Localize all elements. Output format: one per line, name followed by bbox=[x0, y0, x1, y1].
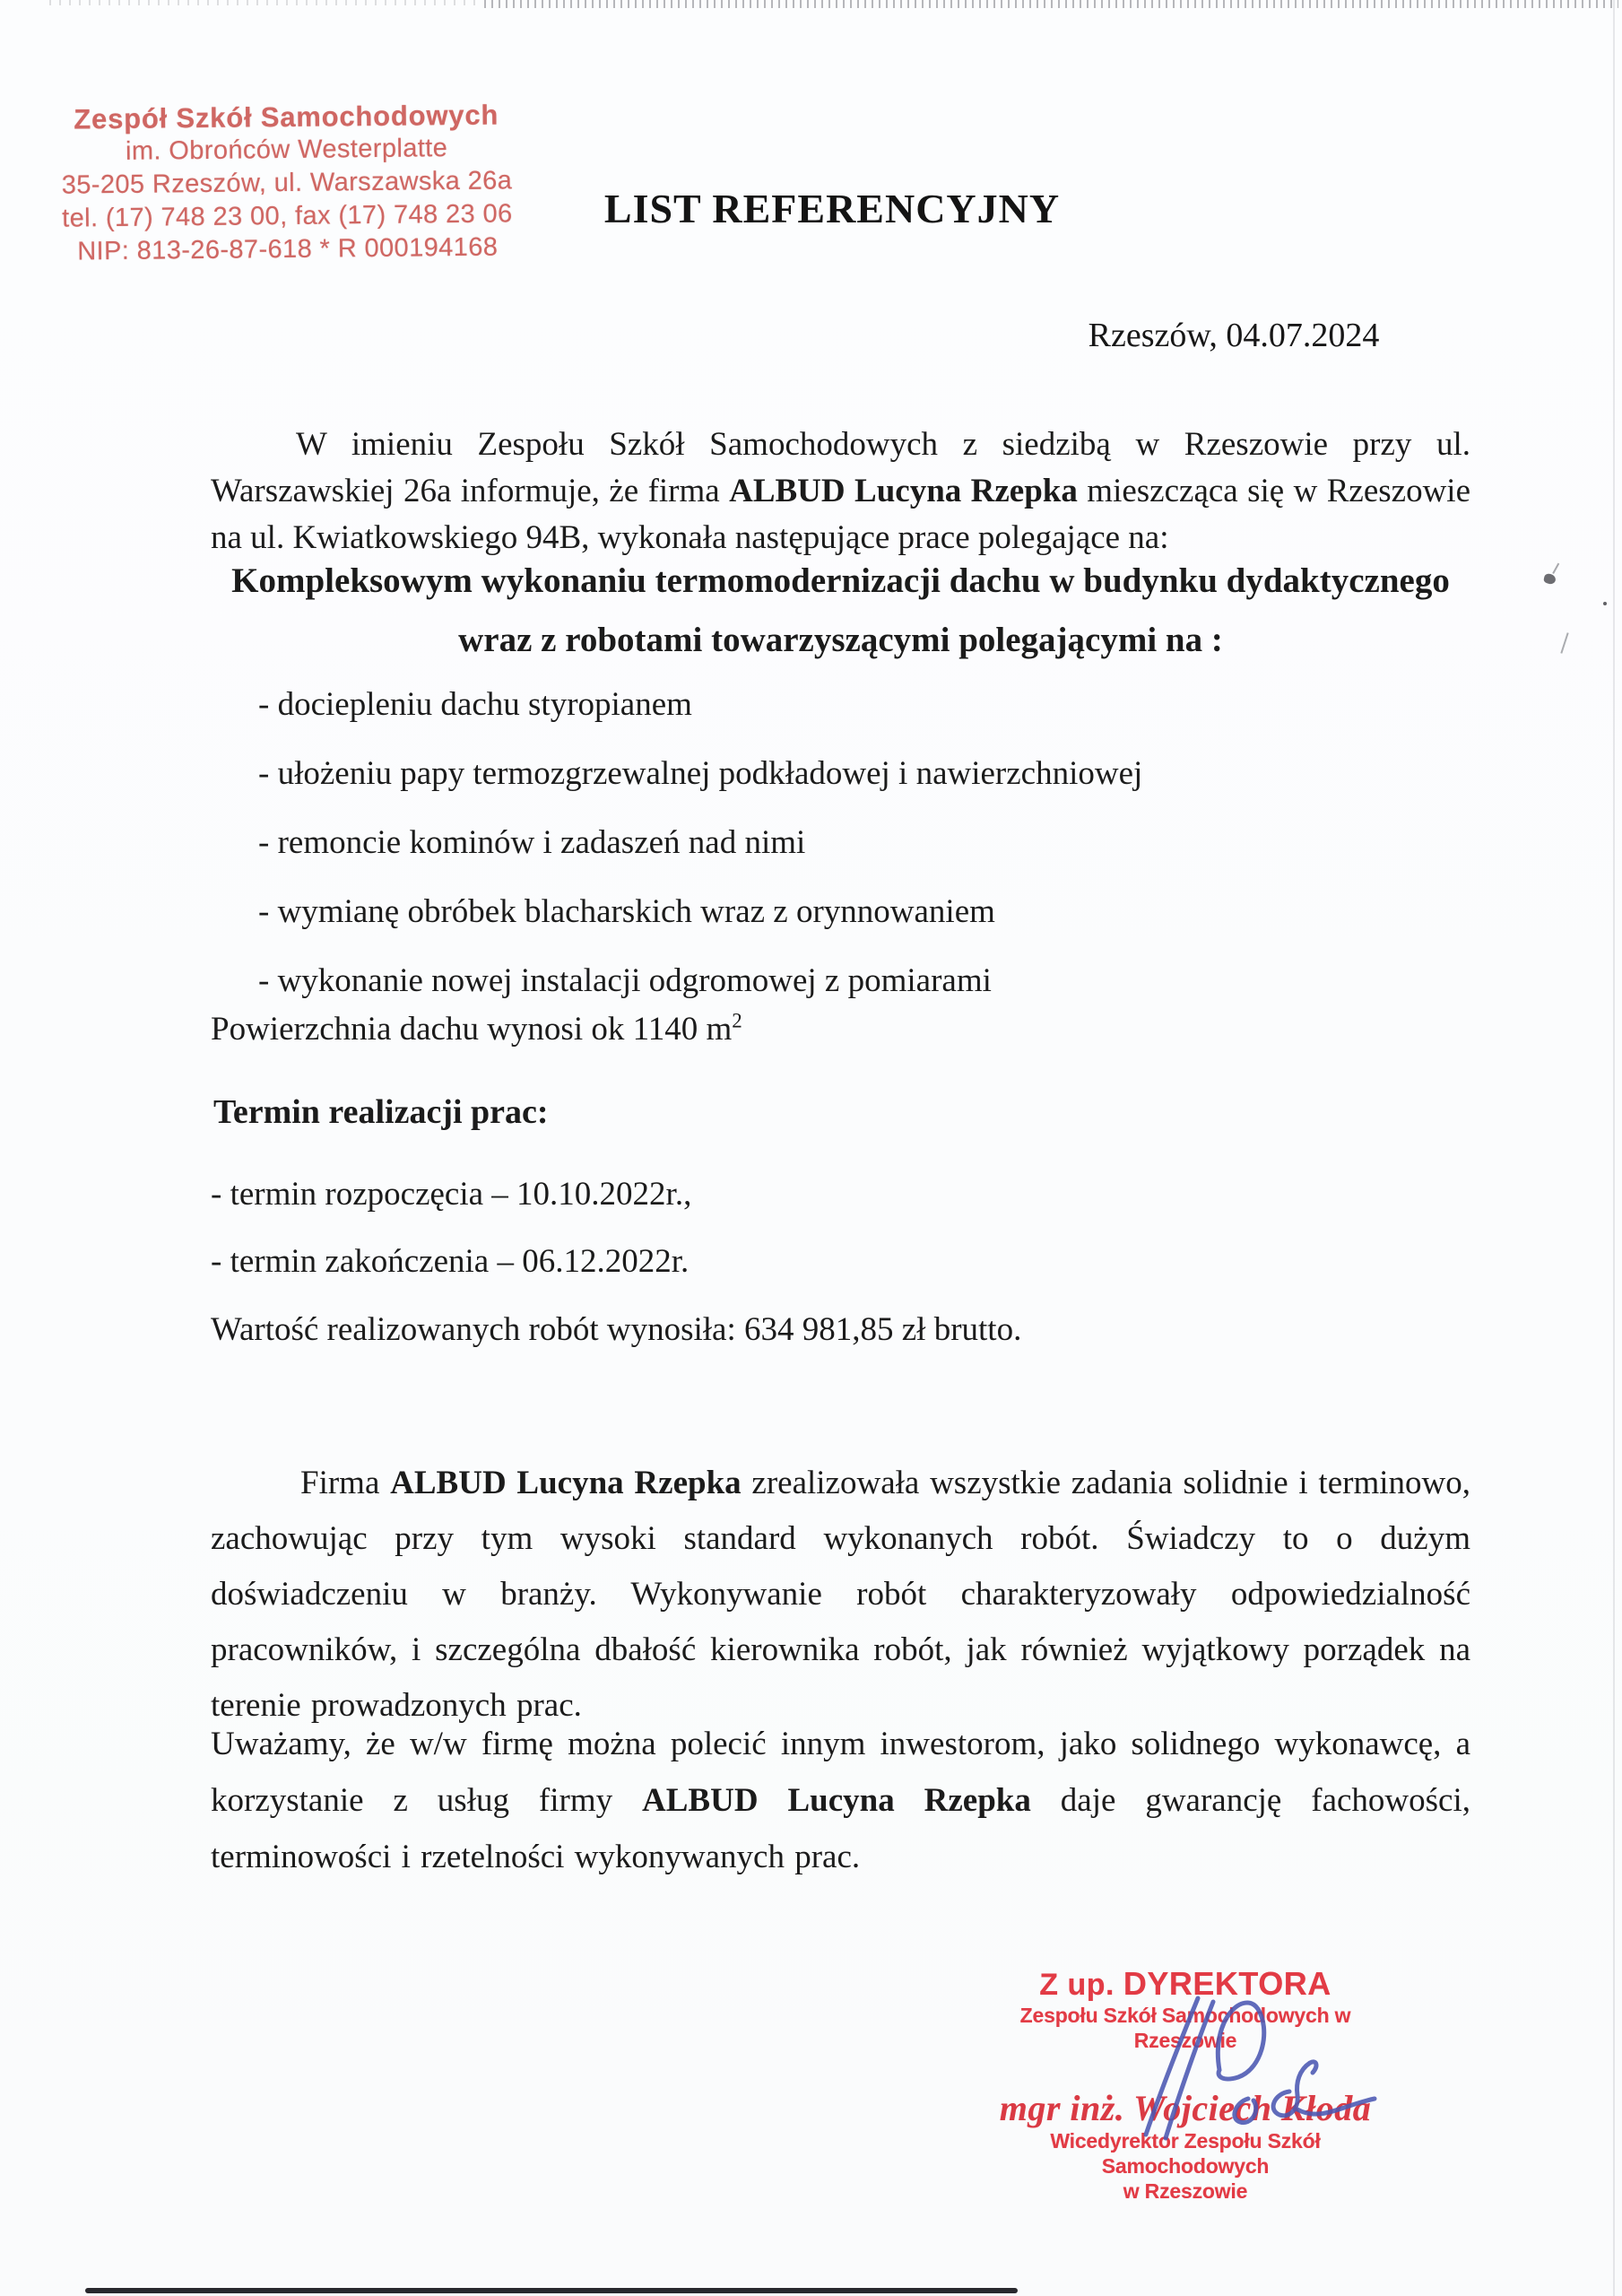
pen-slash-speck bbox=[1560, 632, 1568, 653]
work-item: - wymianę obróbek blacharskich wraz z or… bbox=[211, 891, 1470, 934]
company-name: ALBUD Lucyna Rzepka bbox=[390, 1465, 742, 1501]
document-title: LIST REFERENCYJNY bbox=[594, 185, 1070, 232]
opinion-text-2: zrealizowała wszystkie zadania solidnie … bbox=[211, 1465, 1470, 1724]
scan-artifact-top bbox=[484, 0, 1618, 8]
letterhead-nip-regon: NIP: 813-26-87-618 * R 000194168 bbox=[58, 230, 517, 268]
ink-blot-speck bbox=[1543, 573, 1557, 586]
roof-area-line: Powierzchnia dachu wynosi ok 1140 m2 bbox=[211, 1008, 1470, 1051]
work-item: - dociepleniu dachu styropianem bbox=[211, 683, 1470, 726]
letterhead-address: 35-205 Rzeszów, ul. Warszawska 26a bbox=[57, 164, 516, 202]
scan-artifact-top-left bbox=[49, 0, 480, 5]
work-scope-heading: Kompleksowym wykonaniu termomodernizacji… bbox=[211, 552, 1470, 670]
intro-paragraph: W imieniu Zespołu Szkół Samochodowych z … bbox=[211, 422, 1470, 561]
work-item: - remoncie kominów i zadaszeń nad nimi bbox=[211, 822, 1470, 865]
contract-value-line: Wartość realizowanych robót wynosiła: 63… bbox=[211, 1308, 1470, 1352]
scan-artifact-bottom bbox=[85, 2288, 1018, 2293]
opinion-text-1: Firma bbox=[300, 1465, 390, 1501]
authorization-prefix: Z up. bbox=[1039, 1968, 1123, 2002]
company-name: ALBUD Lucyna Rzepka bbox=[642, 1782, 1031, 1819]
work-item: - wykonanie nowej instalacji odgromowej … bbox=[211, 960, 1470, 1003]
work-items-list: - dociepleniu dachu styropianem - ułożen… bbox=[211, 683, 1470, 1029]
signer-role-line-2: w Rzeszowie bbox=[993, 2179, 1378, 2204]
scope-heading-line-2: wraz z robotami towarzyszącymi polegając… bbox=[211, 611, 1470, 670]
roof-area-text: Powierzchnia dachu wynosi ok 1140 m bbox=[211, 1011, 732, 1048]
company-name: ALBUD Lucyna Rzepka bbox=[729, 473, 1078, 509]
letterhead-phone-fax: tel. (17) 748 23 00, fax (17) 748 23 06 bbox=[57, 197, 516, 235]
letterhead-stamp: Zespół Szkół Samochodowych im. Obrońców … bbox=[56, 98, 517, 268]
reference-letter-page: Zespół Szkół Samochodowych im. Obrońców … bbox=[0, 0, 1622, 2296]
schedule-heading: Termin realizacji prac: bbox=[211, 1091, 1473, 1134]
schedule-dates: - termin rozpoczęcia – 10.10.2022r., - t… bbox=[211, 1161, 1470, 1295]
signature-scribble bbox=[1112, 1984, 1381, 2141]
scope-heading-line-1: Kompleksowym wykonaniu termomodernizacji… bbox=[211, 552, 1470, 611]
opinion-paragraph: Firma ALBUD Lucyna Rzepka zrealizowała w… bbox=[211, 1456, 1470, 1734]
work-item: - ułożeniu papy termozgrzewalnej podkład… bbox=[211, 752, 1470, 796]
end-date-line: - termin zakończenia – 06.12.2022r. bbox=[211, 1228, 1470, 1295]
letterhead-patron: im. Obrońców Westerplatte bbox=[56, 131, 516, 169]
scan-artifact-right-edge bbox=[1613, 0, 1615, 2296]
start-date-line: - termin rozpoczęcia – 10.10.2022r., bbox=[211, 1161, 1470, 1228]
place-and-date: Rzeszów, 04.07.2024 bbox=[1076, 316, 1392, 355]
roof-area-superscript: 2 bbox=[732, 1010, 742, 1032]
recommendation-paragraph: Uważamy, że w/w firmę można polecić inny… bbox=[211, 1716, 1470, 1885]
dust-speck bbox=[1603, 602, 1607, 605]
letterhead-school-name: Zespół Szkół Samochodowych bbox=[56, 98, 516, 135]
